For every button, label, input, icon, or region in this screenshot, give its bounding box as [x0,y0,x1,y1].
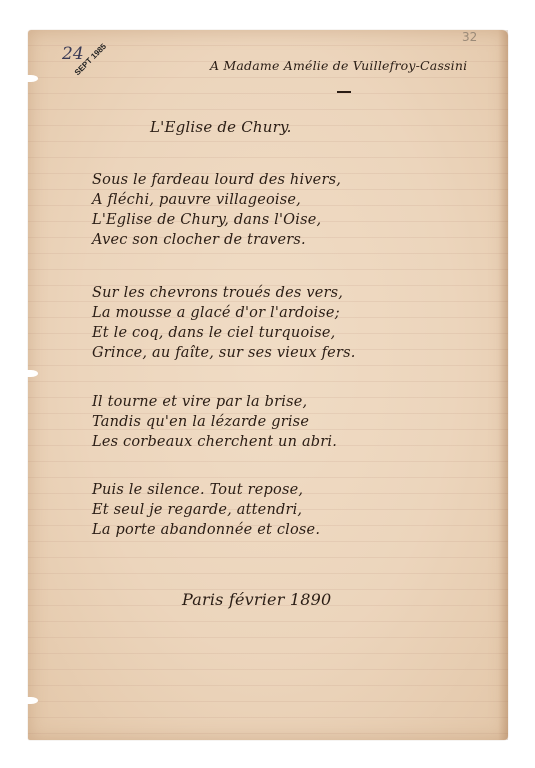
verse-line: Et seul je regarde, attendri, [92,500,320,520]
verse-line: Il tourne et vire par la brise, [92,392,337,412]
page-number: 32 [462,30,477,44]
manuscript-page [28,30,508,740]
verse-line: La mousse a glacé d'or l'ardoise; [92,303,356,323]
page-notch [24,697,38,704]
stanza-3: Il tourne et vire par la brise, Tandis q… [92,392,337,452]
place-date-signature: Paris février 1890 [182,590,331,609]
stanza-2: Sur les chevrons troués des vers, La mou… [92,283,356,363]
page-notch [24,75,38,82]
verse-line: Et le coq, dans le ciel turquoise, [92,323,356,343]
archive-stamp-number: 24 [62,44,84,64]
verse-line: Grince, au faîte, sur ses vieux fers. [92,343,356,363]
stanza-1: Sous le fardeau lourd des hivers, A fléc… [92,170,341,250]
dedication: A Madame Amélie de Vuillefroy-Cassini [210,58,467,73]
divider-dash [337,91,351,93]
verse-line: Sous le fardeau lourd des hivers, [92,170,341,190]
page-edge-shadow [498,30,508,740]
verse-line: Les corbeaux cherchent un abri. [92,432,337,452]
poem-title: L'Eglise de Chury. [150,118,292,136]
verse-line: Sur les chevrons troués des vers, [92,283,356,303]
verse-line: La porte abandonnée et close. [92,520,320,540]
verse-line: Avec son clocher de travers. [92,230,341,250]
verse-line: Puis le silence. Tout repose, [92,480,320,500]
page-notch [24,370,38,377]
stanza-4: Puis le silence. Tout repose, Et seul je… [92,480,320,540]
verse-line: Tandis qu'en la lézarde grise [92,412,337,432]
verse-line: A fléchi, pauvre villageoise, [92,190,341,210]
verse-line: L'Eglise de Chury, dans l'Oise, [92,210,341,230]
